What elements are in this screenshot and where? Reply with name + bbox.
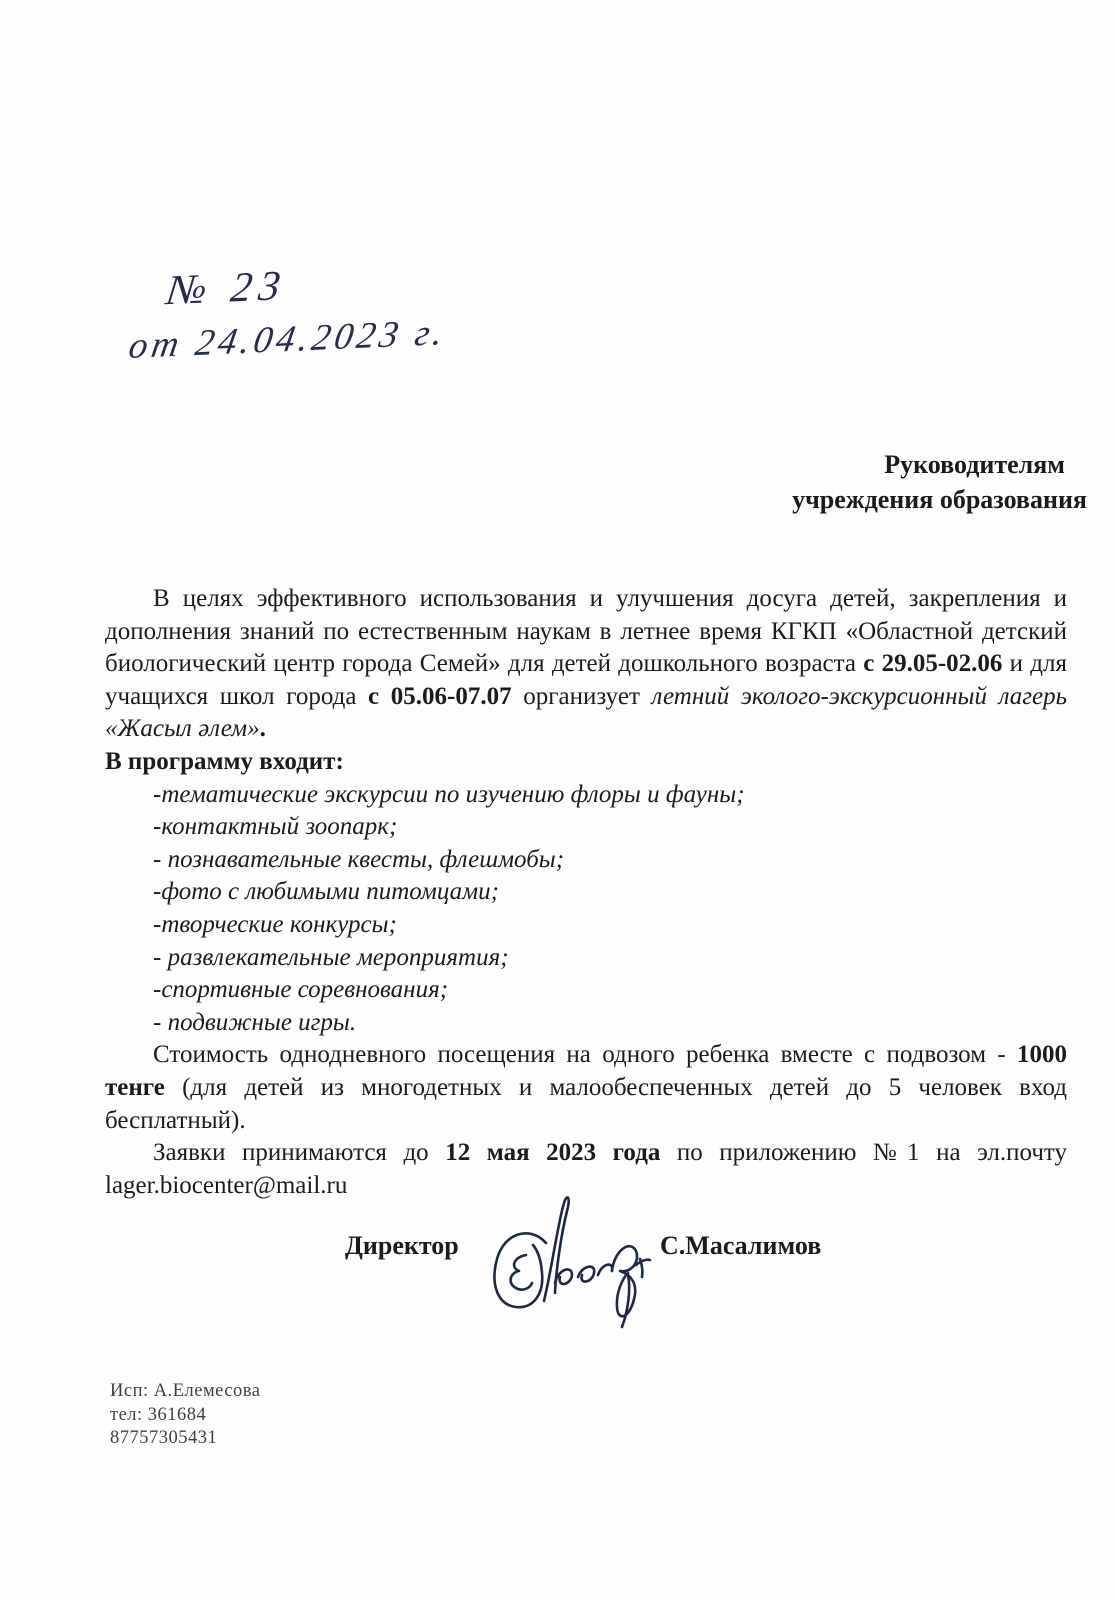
program-item: -контактный зоопарк; [105, 811, 1067, 844]
cost-text-1: Стоимость однодневного посещения на одно… [153, 1041, 1017, 1068]
addressee-block: Руководителям учреждения образования [792, 447, 1087, 517]
executor-name: Исп: А.Елемесова [110, 1380, 261, 1404]
handwritten-doc-date: от 24.04.2023 г. [126, 311, 450, 368]
cost-paragraph: Стоимость однодневного посещения на одно… [105, 1039, 1067, 1137]
intro-dates-preschool: с 29.05-02.06 [863, 650, 1002, 677]
program-item: -творческие конкурсы; [105, 909, 1067, 942]
intro-paragraph: В целях эффективного использования и улу… [105, 583, 1067, 746]
intro-text-4: . [260, 715, 266, 742]
program-item: -спортивные соревнования; [105, 974, 1067, 1007]
executor-mobile: 87757305431 [110, 1427, 261, 1451]
program-item: - познавательные квесты, флешмобы; [105, 844, 1067, 877]
program-item: - подвижные игры. [105, 1007, 1067, 1040]
letter-body: В целях эффективного использования и улу… [105, 583, 1067, 1202]
intro-dates-school: с 05.06-07.07 [368, 683, 512, 710]
program-list: -тематические экскурсии по изучению флор… [105, 779, 1067, 1040]
program-item: -тематические экскурсии по изучению флор… [105, 779, 1067, 812]
executor-footer: Исп: А.Елемесова тел: 361684 87757305431 [110, 1380, 261, 1451]
program-heading: В программу входит: [105, 746, 1067, 779]
intro-text-3: организует [512, 683, 652, 710]
signature-role: Директор [345, 1231, 459, 1261]
scanned-letter-page: № 23 от 24.04.2023 г. Руководителям учре… [0, 0, 1115, 1600]
applications-text-1: Заявки принимаются до [153, 1139, 445, 1166]
handwritten-annotation: № 23 от 24.04.2023 г. [126, 255, 447, 368]
signature-autograph [478, 1183, 658, 1333]
applications-deadline: 12 мая 2023 года [445, 1139, 660, 1166]
program-item: -фото с любимыми питомцами; [105, 876, 1067, 909]
handwritten-doc-number: № 23 [164, 255, 448, 315]
addressee-line-2: учреждения образования [792, 482, 1087, 517]
program-item: - развлекательные мероприятия; [105, 942, 1067, 975]
signature-name: С.Масалимов [660, 1231, 821, 1261]
addressee-line-1: Руководителям [792, 447, 1087, 482]
executor-phone: тел: 361684 [110, 1404, 261, 1428]
cost-text-2: (для детей из многодетных и малообеспече… [105, 1074, 1067, 1134]
